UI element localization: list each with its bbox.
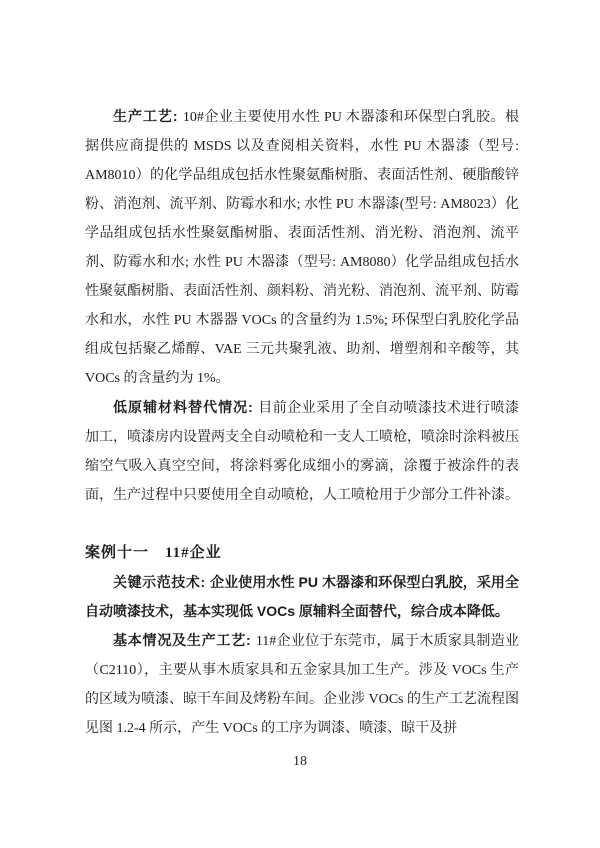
page-number: 18 bbox=[0, 751, 600, 773]
paragraph-text-production-process: 10#企业主要使用水性 PU 木器漆和环保型白乳胶。根据供应商提供的 MSDS … bbox=[85, 110, 519, 386]
paragraph-label-production-process: 生产工艺: bbox=[113, 108, 183, 124]
text-content: 生产工艺: 10#企业主要使用水性 PU 木器漆和环保型白乳胶。根据供应商提供的… bbox=[85, 102, 519, 743]
paragraph-material-substitution: 低原辅材料替代情况: 目前企业采用了全自动喷漆技术进行喷漆加工，喷漆房内设置两支… bbox=[85, 393, 519, 510]
paragraph-label-key-technology: 关键示范技术: bbox=[113, 574, 210, 590]
document-page: 生产工艺: 10#企业主要使用水性 PU 木器漆和环保型白乳胶。根据供应商提供的… bbox=[0, 0, 600, 848]
paragraph-key-technology: 关键示范技术: 企业使用水性 PU 木器漆和环保型白乳胶，采用全自动喷漆技术，基… bbox=[85, 568, 519, 626]
paragraph-label-basic-info: 基本情况及生产工艺: bbox=[113, 632, 256, 648]
paragraph-label-material-substitution: 低原辅材料替代情况: bbox=[113, 399, 258, 415]
paragraph-text-material-substitution: 目前企业采用了全自动喷漆技术进行喷漆加工，喷漆房内设置两支全自动喷枪和一支人工喷… bbox=[85, 401, 519, 503]
section-heading-case-11: 案例十一 11#企业 bbox=[85, 539, 519, 568]
paragraph-basic-info: 基本情况及生产工艺: 11#企业位于东莞市，属于木质家具制造业（C2110），主… bbox=[85, 626, 519, 743]
paragraph-production-process: 生产工艺: 10#企业主要使用水性 PU 木器漆和环保型白乳胶。根据供应商提供的… bbox=[85, 102, 519, 393]
paragraph-text-basic-info: 11#企业位于东莞市，属于木质家具制造业（C2110），主要从事木质家具和五金家… bbox=[85, 634, 519, 736]
